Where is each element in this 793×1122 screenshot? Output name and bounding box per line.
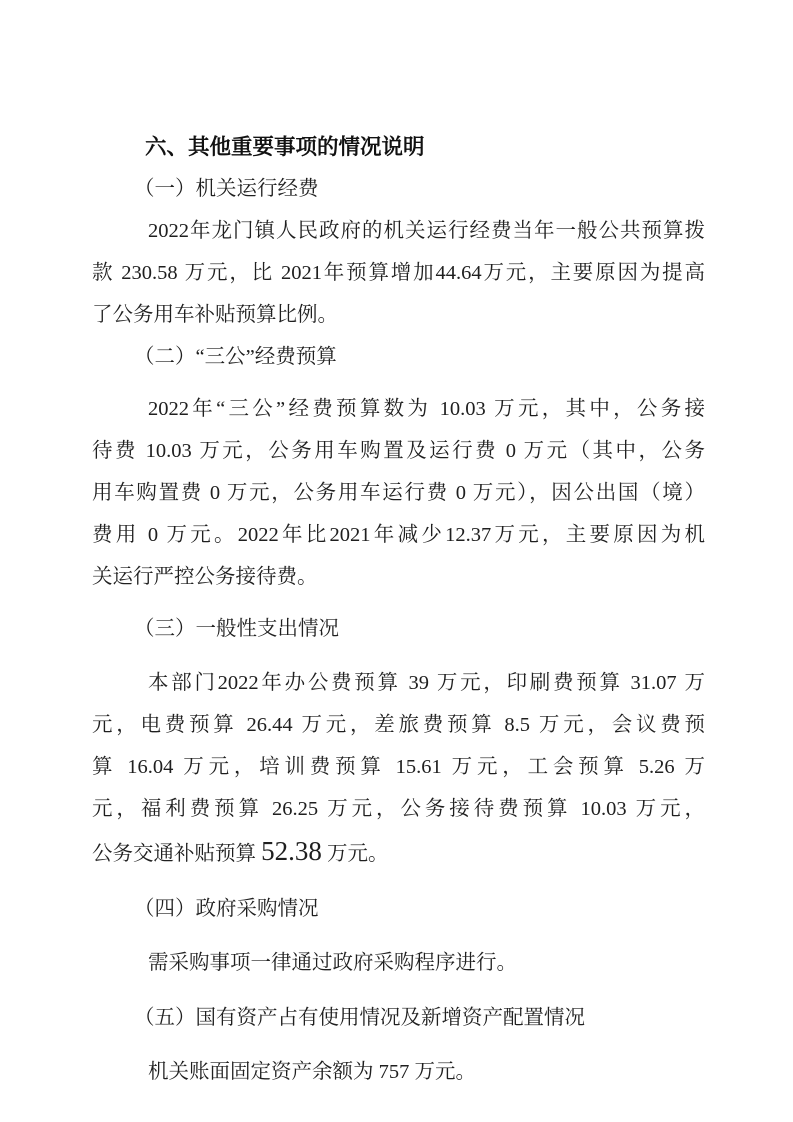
section-5-paragraph: 机关账面固定资产余额为 757 万元。	[92, 1051, 705, 1093]
document-page: 六、其他重要事项的情况说明 （一）机关运行经费 2022年龙门镇人民政府的机关运…	[0, 0, 793, 1122]
section-2-paragraph: 2022年“三公”经费预算数为 10.03 万元，其中，公务接 待费 10.03…	[92, 388, 705, 598]
highlight-amount: 52.38	[261, 836, 322, 866]
section-5-title: （五）国有资产占有使用情况及新增资产配置情况	[92, 997, 705, 1039]
section-4-title: （四）政府采购情况	[92, 888, 705, 930]
paragraph-line: 待费 10.03 万元，公务用车购置及运行费 0 万元（其中，公务	[92, 430, 705, 472]
paragraph-line: 用车购置费 0 万元，公务用车运行费 0 万元），因公出国（境）	[92, 472, 705, 514]
paragraph-line: 元，电费预算 26.44 万元，差旅费预算 8.5 万元，会议费预	[92, 704, 705, 746]
section-5: （五）国有资产占有使用情况及新增资产配置情况 机关账面固定资产余额为 757 万…	[92, 997, 705, 1093]
paragraph-line: 2022年龙门镇人民政府的机关运行经费当年一般公共预算拨	[92, 210, 705, 252]
paragraph-line: 元，福利费预算 26.25 万元，公务接待费预算 10.03 万元，	[92, 788, 705, 830]
section-3-paragraph: 本部门2022年办公费预算 39 万元，印刷费预算 31.07 万 元，电费预算…	[92, 662, 705, 875]
highlight-line-prefix: 公务交通补贴预算	[92, 843, 261, 865]
main-heading: 六、其他重要事项的情况说明	[92, 126, 705, 168]
highlight-line-suffix: 万元。	[322, 843, 389, 865]
paragraph-line: 费用 0 万元。2022年比2021年减少12.37万元，主要原因为机	[92, 514, 705, 556]
section-3: （三）一般性支出情况 本部门2022年办公费预算 39 万元，印刷费预算 31.…	[92, 608, 705, 875]
section-4-paragraph: 需采购事项一律通过政府采购程序进行。	[92, 942, 705, 984]
section-1-title: （一）机关运行经费	[92, 168, 705, 210]
paragraph-line: 2022年“三公”经费预算数为 10.03 万元，其中，公务接	[92, 388, 705, 430]
section-2-title: （二）“三公”经费预算	[92, 336, 705, 378]
paragraph-line: 本部门2022年办公费预算 39 万元，印刷费预算 31.07 万	[92, 662, 705, 704]
paragraph-line-highlight: 公务交通补贴预算 52.38 万元。	[92, 830, 705, 875]
paragraph-line: 款 230.58 万元，比 2021年预算增加44.64万元，主要原因为提高	[92, 252, 705, 294]
section-2: （二）“三公”经费预算 2022年“三公”经费预算数为 10.03 万元，其中，…	[92, 336, 705, 598]
section-3-title: （三）一般性支出情况	[92, 608, 705, 650]
paragraph-line: 关运行严控公务接待费。	[92, 556, 705, 598]
paragraph-line: 算 16.04 万元，培训费预算 15.61 万元，工会预算 5.26 万	[92, 746, 705, 788]
section-1-paragraph: 2022年龙门镇人民政府的机关运行经费当年一般公共预算拨 款 230.58 万元…	[92, 210, 705, 336]
section-1: （一）机关运行经费 2022年龙门镇人民政府的机关运行经费当年一般公共预算拨 款…	[92, 168, 705, 336]
paragraph-line: 需采购事项一律通过政府采购程序进行。	[92, 942, 705, 984]
section-4: （四）政府采购情况 需采购事项一律通过政府采购程序进行。	[92, 888, 705, 984]
paragraph-line: 了公务用车补贴预算比例。	[92, 294, 705, 336]
paragraph-line: 机关账面固定资产余额为 757 万元。	[92, 1051, 705, 1093]
